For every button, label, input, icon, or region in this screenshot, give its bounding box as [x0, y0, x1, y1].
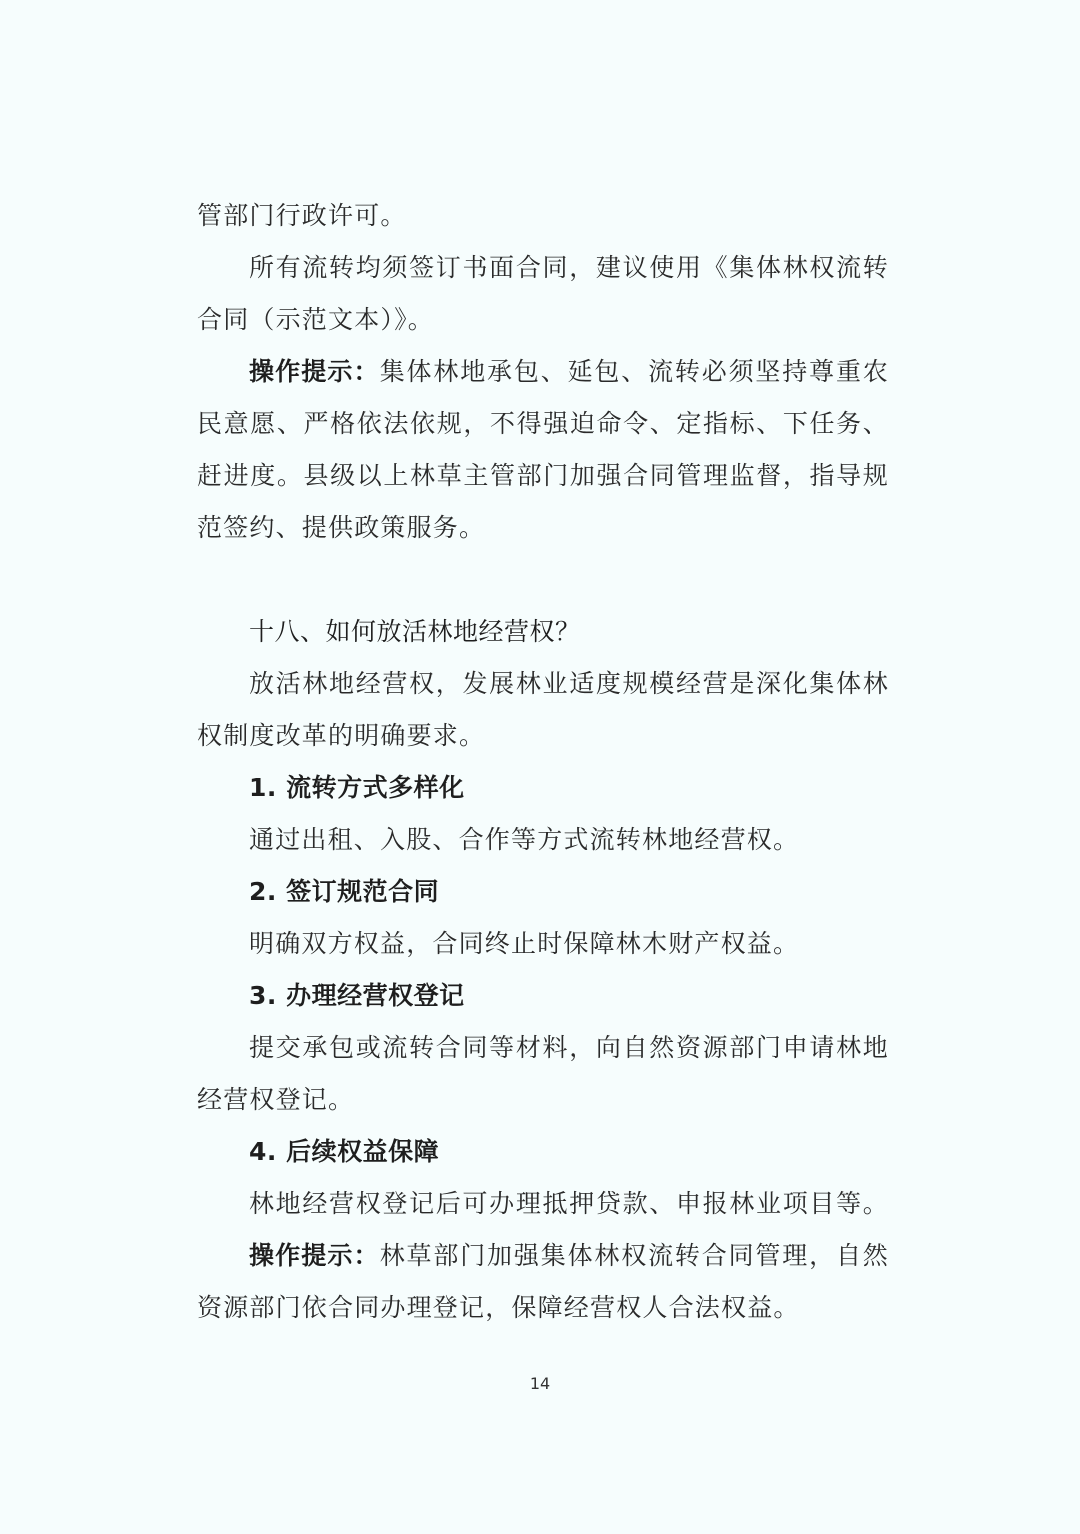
- paragraph-line: 合同（示范文本）》。: [197, 294, 434, 346]
- subheading-1: 1. 流转方式多样化: [249, 762, 465, 814]
- paragraph-line: 民意愿、严格依法依规，不得强迫命令、定指标、下任务、: [197, 398, 889, 450]
- operation-tip-label: 操作提示：: [249, 357, 380, 386]
- paragraph-line: 权制度改革的明确要求。: [197, 710, 485, 762]
- paragraph-line: 范签约、提供政策服务。: [197, 502, 485, 554]
- subheading-3: 3. 办理经营权登记: [249, 970, 465, 1022]
- paragraph-line: 管部门行政许可。: [197, 190, 407, 242]
- paragraph-line: 明确双方权益，合同终止时保障林木财产权益。: [249, 918, 799, 970]
- paragraph-line: 林地经营权登记后可办理抵押贷款、申报林业项目等。: [249, 1178, 889, 1230]
- operation-tip-line: 操作提示：集体林地承包、延包、流转必须坚持尊重农: [249, 346, 889, 398]
- subheading-4: 4. 后续权益保障: [249, 1126, 439, 1178]
- operation-tip-text: 集体林地承包、延包、流转必须坚持尊重农: [380, 357, 889, 386]
- paragraph-line: 赶进度。县级以上林草主管部门加强合同管理监督，指导规: [197, 450, 889, 502]
- paragraph-line: 通过出租、入股、合作等方式流转林地经营权。: [249, 814, 799, 866]
- operation-tip-label: 操作提示：: [249, 1241, 380, 1270]
- paragraph-line: 放活林地经营权，发展林业适度规模经营是深化集体林: [249, 658, 889, 710]
- paragraph-line: 经营权登记。: [197, 1074, 354, 1126]
- operation-tip-text: 林草部门加强集体林权流转合同管理，自然: [380, 1241, 889, 1270]
- operation-tip-line: 操作提示：林草部门加强集体林权流转合同管理，自然: [249, 1230, 889, 1282]
- section-heading: 十八、如何放活林地经营权？: [249, 606, 581, 658]
- page-number: 14: [0, 1374, 1080, 1393]
- paragraph-line: 资源部门依合同办理登记，保障经营权人合法权益。: [197, 1282, 800, 1334]
- paragraph-line: 所有流转均须签订书面合同，建议使用《集体林权流转: [249, 242, 889, 294]
- subheading-2: 2. 签订规范合同: [249, 866, 439, 918]
- paragraph-line: 提交承包或流转合同等材料，向自然资源部门申请林地: [249, 1022, 889, 1074]
